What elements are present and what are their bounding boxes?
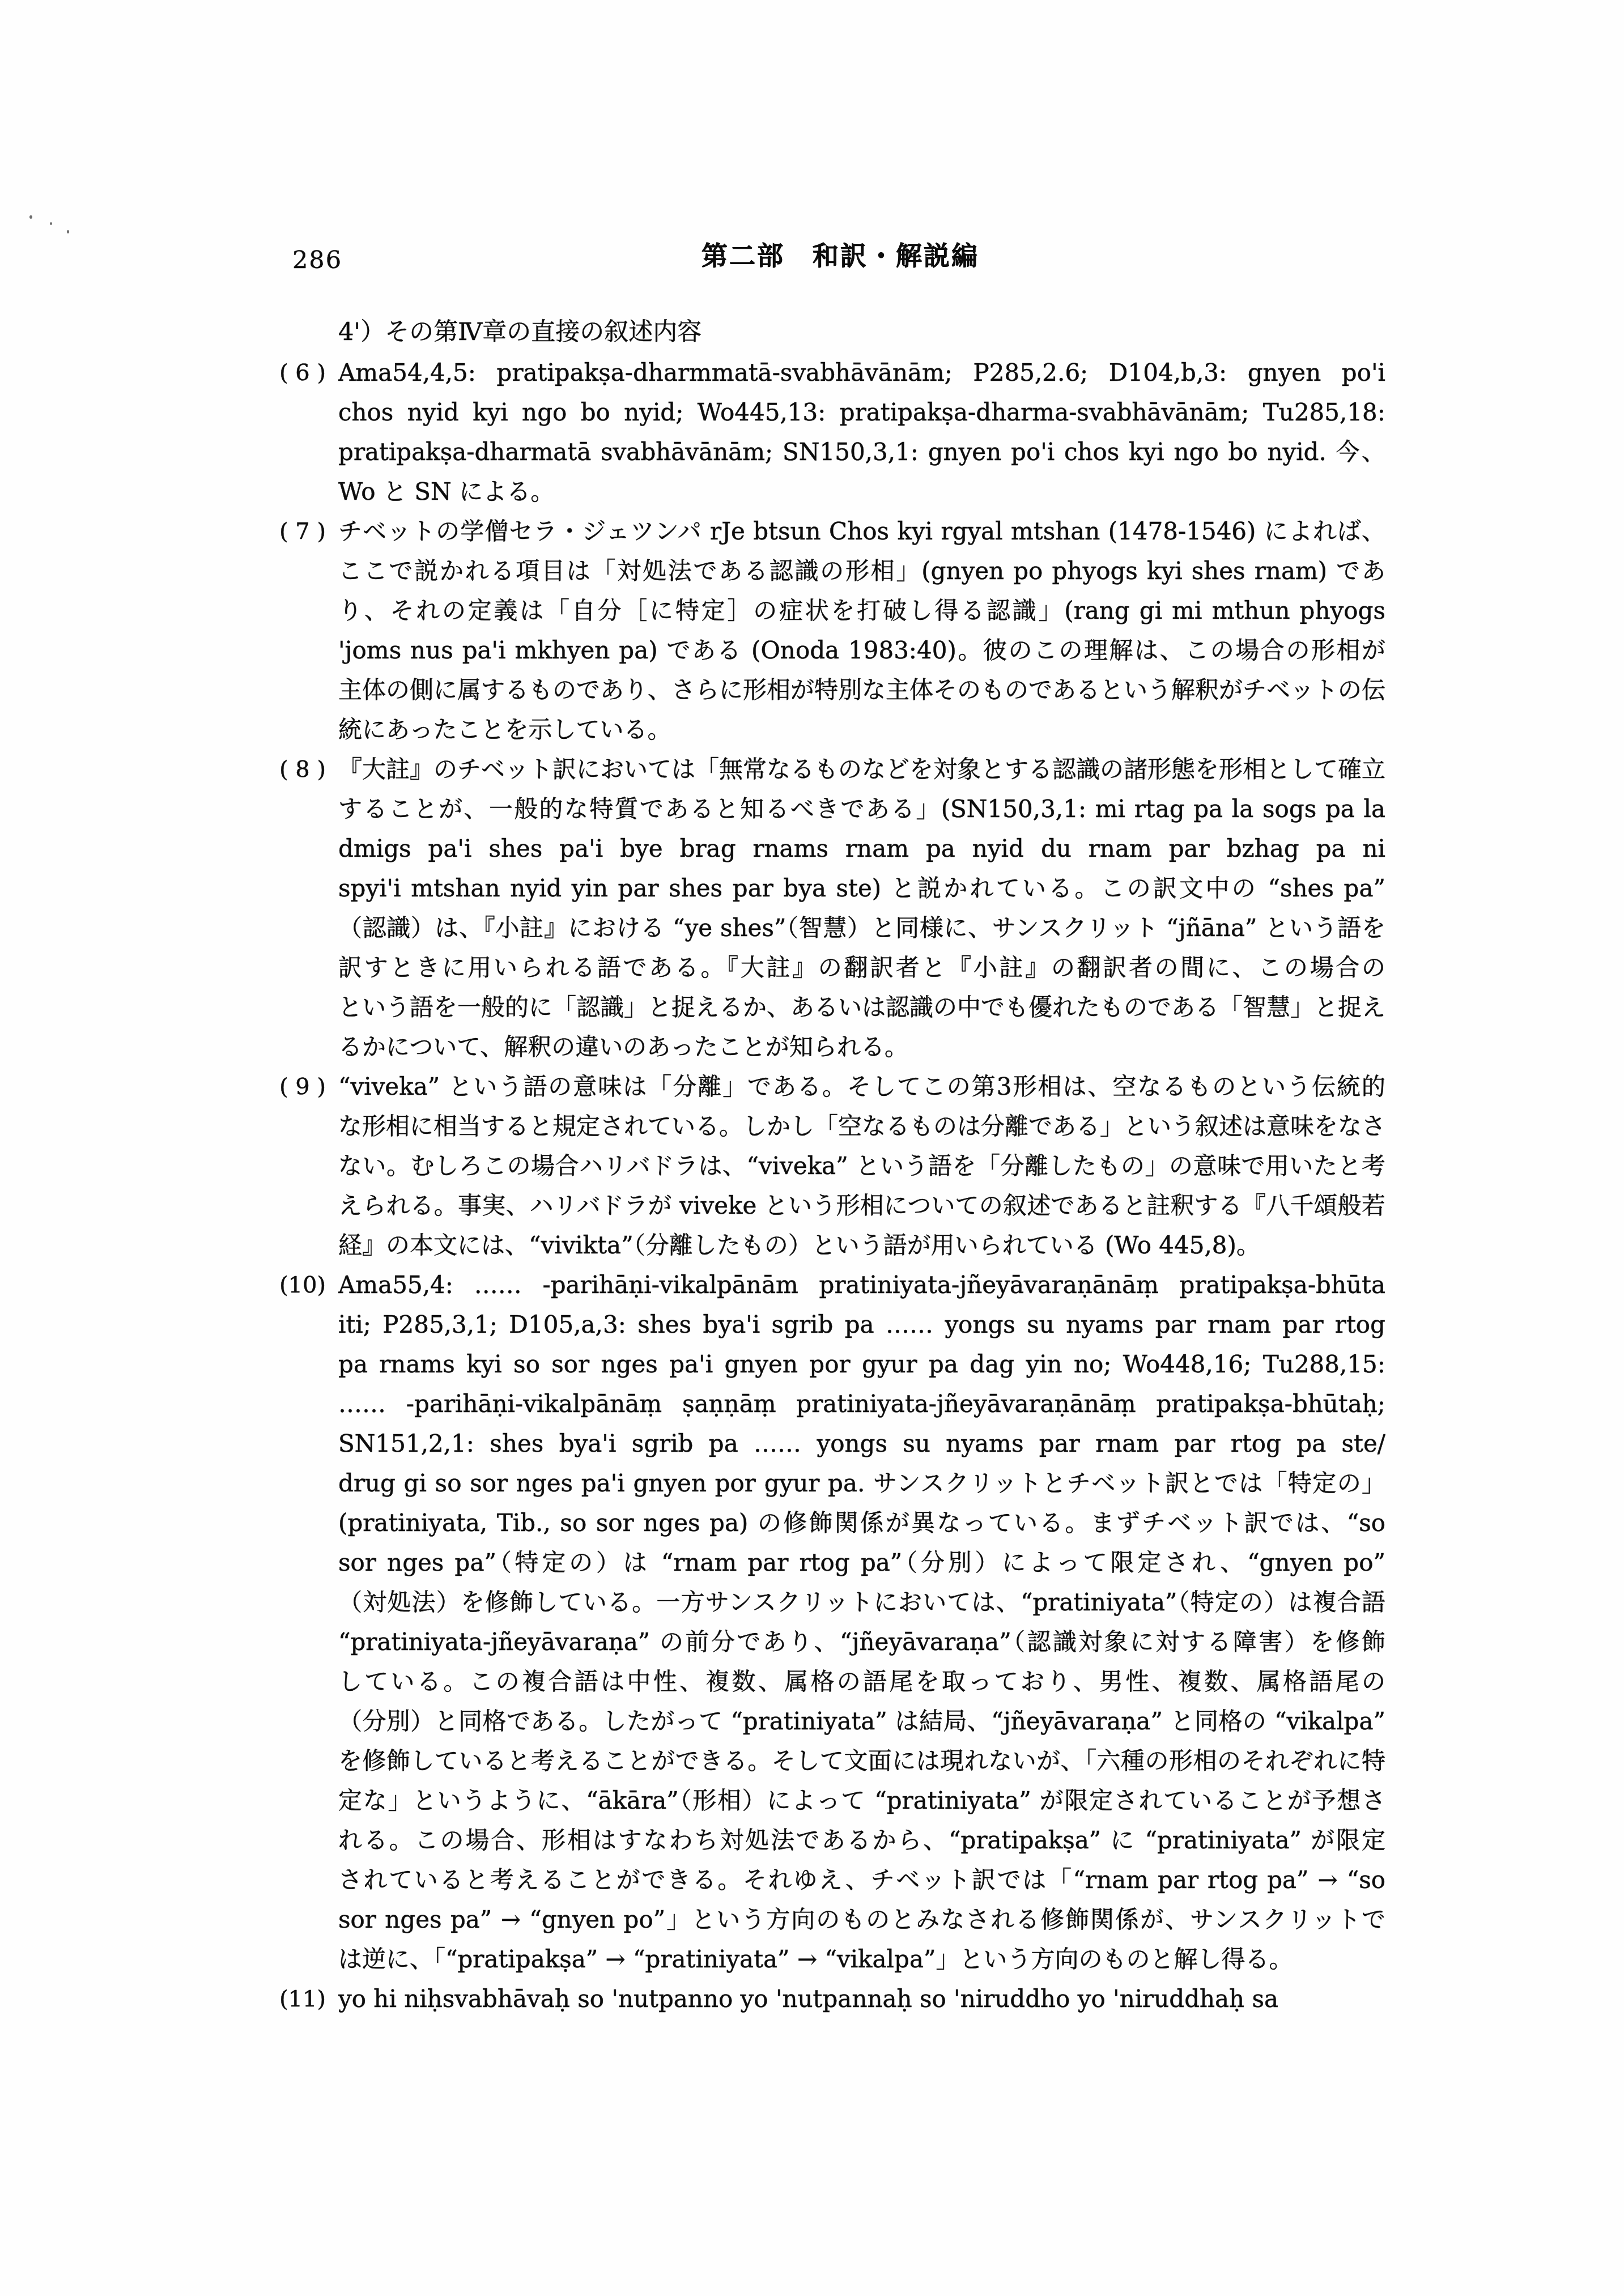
scan-speck [29,215,32,219]
note-line: り、それの定義は「自分［に特定］の症状を打破し得る認識」(rang gi mi … [338,591,1385,631]
note-line: えられる。事実、ハリバドラが viveke という形相についての叙述であると註釈… [338,1186,1385,1226]
subheading: 4'）その第Ⅳ章の直接の叙述内容 [338,312,702,352]
note-label: ( 7 ) [279,512,338,551]
note-item: ( 9 )“viveka” という語の意味は「分離」である。そしてこの第3形相は… [279,1067,1385,1265]
note-line: spyi'i mtshan nyid yin par shes par bya … [338,869,1385,908]
scanned-page: 286 第二部 和訳・解説編 4'）その第Ⅳ章の直接の叙述内容 ( 6 )Ama… [0,0,1624,2296]
note-line: iti; P285,3,1; D105,a,3: shes bya'i sgri… [338,1305,1385,1345]
note-label: ( 6 ) [279,353,338,393]
note-line: している。この複合語は中性、複数、属格の語尾を取っており、男性、複数、属格語尾の… [338,1662,1385,1702]
note-line: を修飾していると考えることができる。そして文面には現れないが、「六種の形相のそれ… [338,1741,1385,1781]
note-line: （認識）は、『小註』における “ye shes”（智慧）と同様に、サンスクリット… [338,908,1385,948]
note-text: 『大註』のチベット訳においては「無常なるものなどを対象とする認識の諸形態を形相と… [338,750,1385,1067]
note-text: Ama55,4: …… -parihāṇi-vikalpānām pratini… [338,1265,1385,1979]
note-line: “viveka” という語の意味は「分離」である。そしてこの第3形相は、空なるも… [338,1067,1385,1107]
note-item: ( 6 )Ama54,4,5: pratipakṣa-dharmmatā-sva… [279,353,1385,512]
note-line: な形相に相当すると規定されている。しかし「空なるものは分離である」という叙述は意… [338,1107,1385,1146]
note-line: 経』の本文には、“vivikta”（分離したもの）という語が用いられている (W… [338,1226,1385,1265]
running-header: 第二部 和訳・解説編 [702,241,979,270]
scan-speck [50,222,52,225]
note-line: yo hi niḥsvabhāvaḥ so 'nutpanno yo 'nutp… [338,1979,1385,2019]
note-line: という語を一般的に「認識」と捉えるか、あるいは認識の中でも優れたものである「智慧… [338,988,1385,1027]
note-line: 訳すときに用いられる語である。『大註』の翻訳者と『小註』の翻訳者の間に、この場合… [338,948,1385,988]
note-line: dmigs pa'i shes pa'i bye brag rnams rnam… [338,829,1385,869]
note-line: ない。むしろこの場合ハリバドラは、“viveka” という語を「分離したもの」の… [338,1146,1385,1186]
note-label: ( 8 ) [279,750,338,789]
note-line: …… -parihāṇi-vikalpānāṃ ṣaṇṇāṃ pratiniya… [338,1384,1385,1424]
note-label: (10) [279,1265,338,1305]
note-line: れる。この場合、形相はすなわち対処法であるから、“pratipakṣa” に “… [338,1821,1385,1860]
note-item: ( 8 )『大註』のチベット訳においては「無常なるものなどを対象とする認識の諸形… [279,750,1385,1067]
note-line: 統にあったことを示している。 [338,710,1385,750]
note-line: Ama54,4,5: pratipakṣa-dharmmatā-svabhāvā… [338,353,1385,393]
note-item: (11)yo hi niḥsvabhāvaḥ so 'nutpanno yo '… [279,1979,1385,2019]
note-line: （対処法）を修飾している。一方サンスクリットにおいては、“pratiniyata… [338,1583,1385,1622]
note-line: SN151,2,1: shes bya'i sgrib pa …… yongs … [338,1424,1385,1464]
note-line: 定な」というように、“ākāra”（形相）によって “pratiniyata” … [338,1781,1385,1821]
note-line: は逆に、「“pratipakṣa” → “pratiniyata” → “vik… [338,1940,1385,1979]
note-line: 主体の側に属するものであり、さらに形相が特別な主体そのものであるという解釈がチベ… [338,670,1385,710]
note-line: することが、一般的な特質であると知るべきである」(SN150,3,1: mi r… [338,789,1385,829]
note-item: (10)Ama55,4: …… -parihāṇi-vikalpānām pra… [279,1265,1385,1979]
note-line: 'joms nus pa'i mkhyen pa) である (Onoda 198… [338,631,1385,670]
endnotes-list: ( 6 )Ama54,4,5: pratipakṣa-dharmmatā-sva… [279,353,1385,2019]
note-text: チベットの学僧セラ・ジェツンパ rJe btsun Chos kyi rgyal… [338,512,1385,750]
note-line: Ama55,4: …… -parihāṇi-vikalpānām pratini… [338,1265,1385,1305]
note-line: （分別）と同格である。したがって “pratiniyata” は結局、“jñey… [338,1702,1385,1741]
note-label: (11) [279,1979,338,2019]
note-line: Wo と SN による。 [338,472,1385,512]
note-line: チベットの学僧セラ・ジェツンパ rJe btsun Chos kyi rgyal… [338,512,1385,551]
note-line: ここで説かれる項目は「対処法である認識の形相」(gnyen po phyogs … [338,551,1385,591]
note-text: yo hi niḥsvabhāvaḥ so 'nutpanno yo 'nutp… [338,1979,1385,2019]
note-line: drug gi so sor nges pa'i gnyen por gyur … [338,1464,1385,1503]
note-text: Ama54,4,5: pratipakṣa-dharmmatā-svabhāvā… [338,353,1385,512]
note-line: るかについて、解釈の違いのあったことが知られる。 [338,1027,1385,1067]
note-line: sor nges pa”（特定の）は “rnam par rtog pa”（分別… [338,1543,1385,1583]
note-label: ( 9 ) [279,1067,338,1107]
note-line: (pratiniyata, Tib., so sor nges pa) の修飾関… [338,1503,1385,1543]
note-line: sor nges pa” → “gnyen po”」という方向のものとみなされる… [338,1900,1385,1940]
note-line: chos nyid kyi ngo bo nyid; Wo445,13: pra… [338,393,1385,432]
note-line: “pratiniyata-jñeyāvaraṇa” の前分であり、“jñeyāv… [338,1622,1385,1662]
note-line: されていると考えることができる。それゆえ、チベット訳では「“rnam par r… [338,1860,1385,1900]
note-item: ( 7 )チベットの学僧セラ・ジェツンパ rJe btsun Chos kyi … [279,512,1385,750]
note-text: “viveka” という語の意味は「分離」である。そしてこの第3形相は、空なるも… [338,1067,1385,1265]
page-number: 286 [292,247,342,273]
note-line: pratipakṣa-dharmatā svabhāvānām; SN150,3… [338,432,1385,472]
note-line: 『大註』のチベット訳においては「無常なるものなどを対象とする認識の諸形態を形相と… [338,750,1385,789]
note-line: pa rnams kyi so sor nges pa'i gnyen por … [338,1345,1385,1384]
scan-speck [67,230,69,233]
